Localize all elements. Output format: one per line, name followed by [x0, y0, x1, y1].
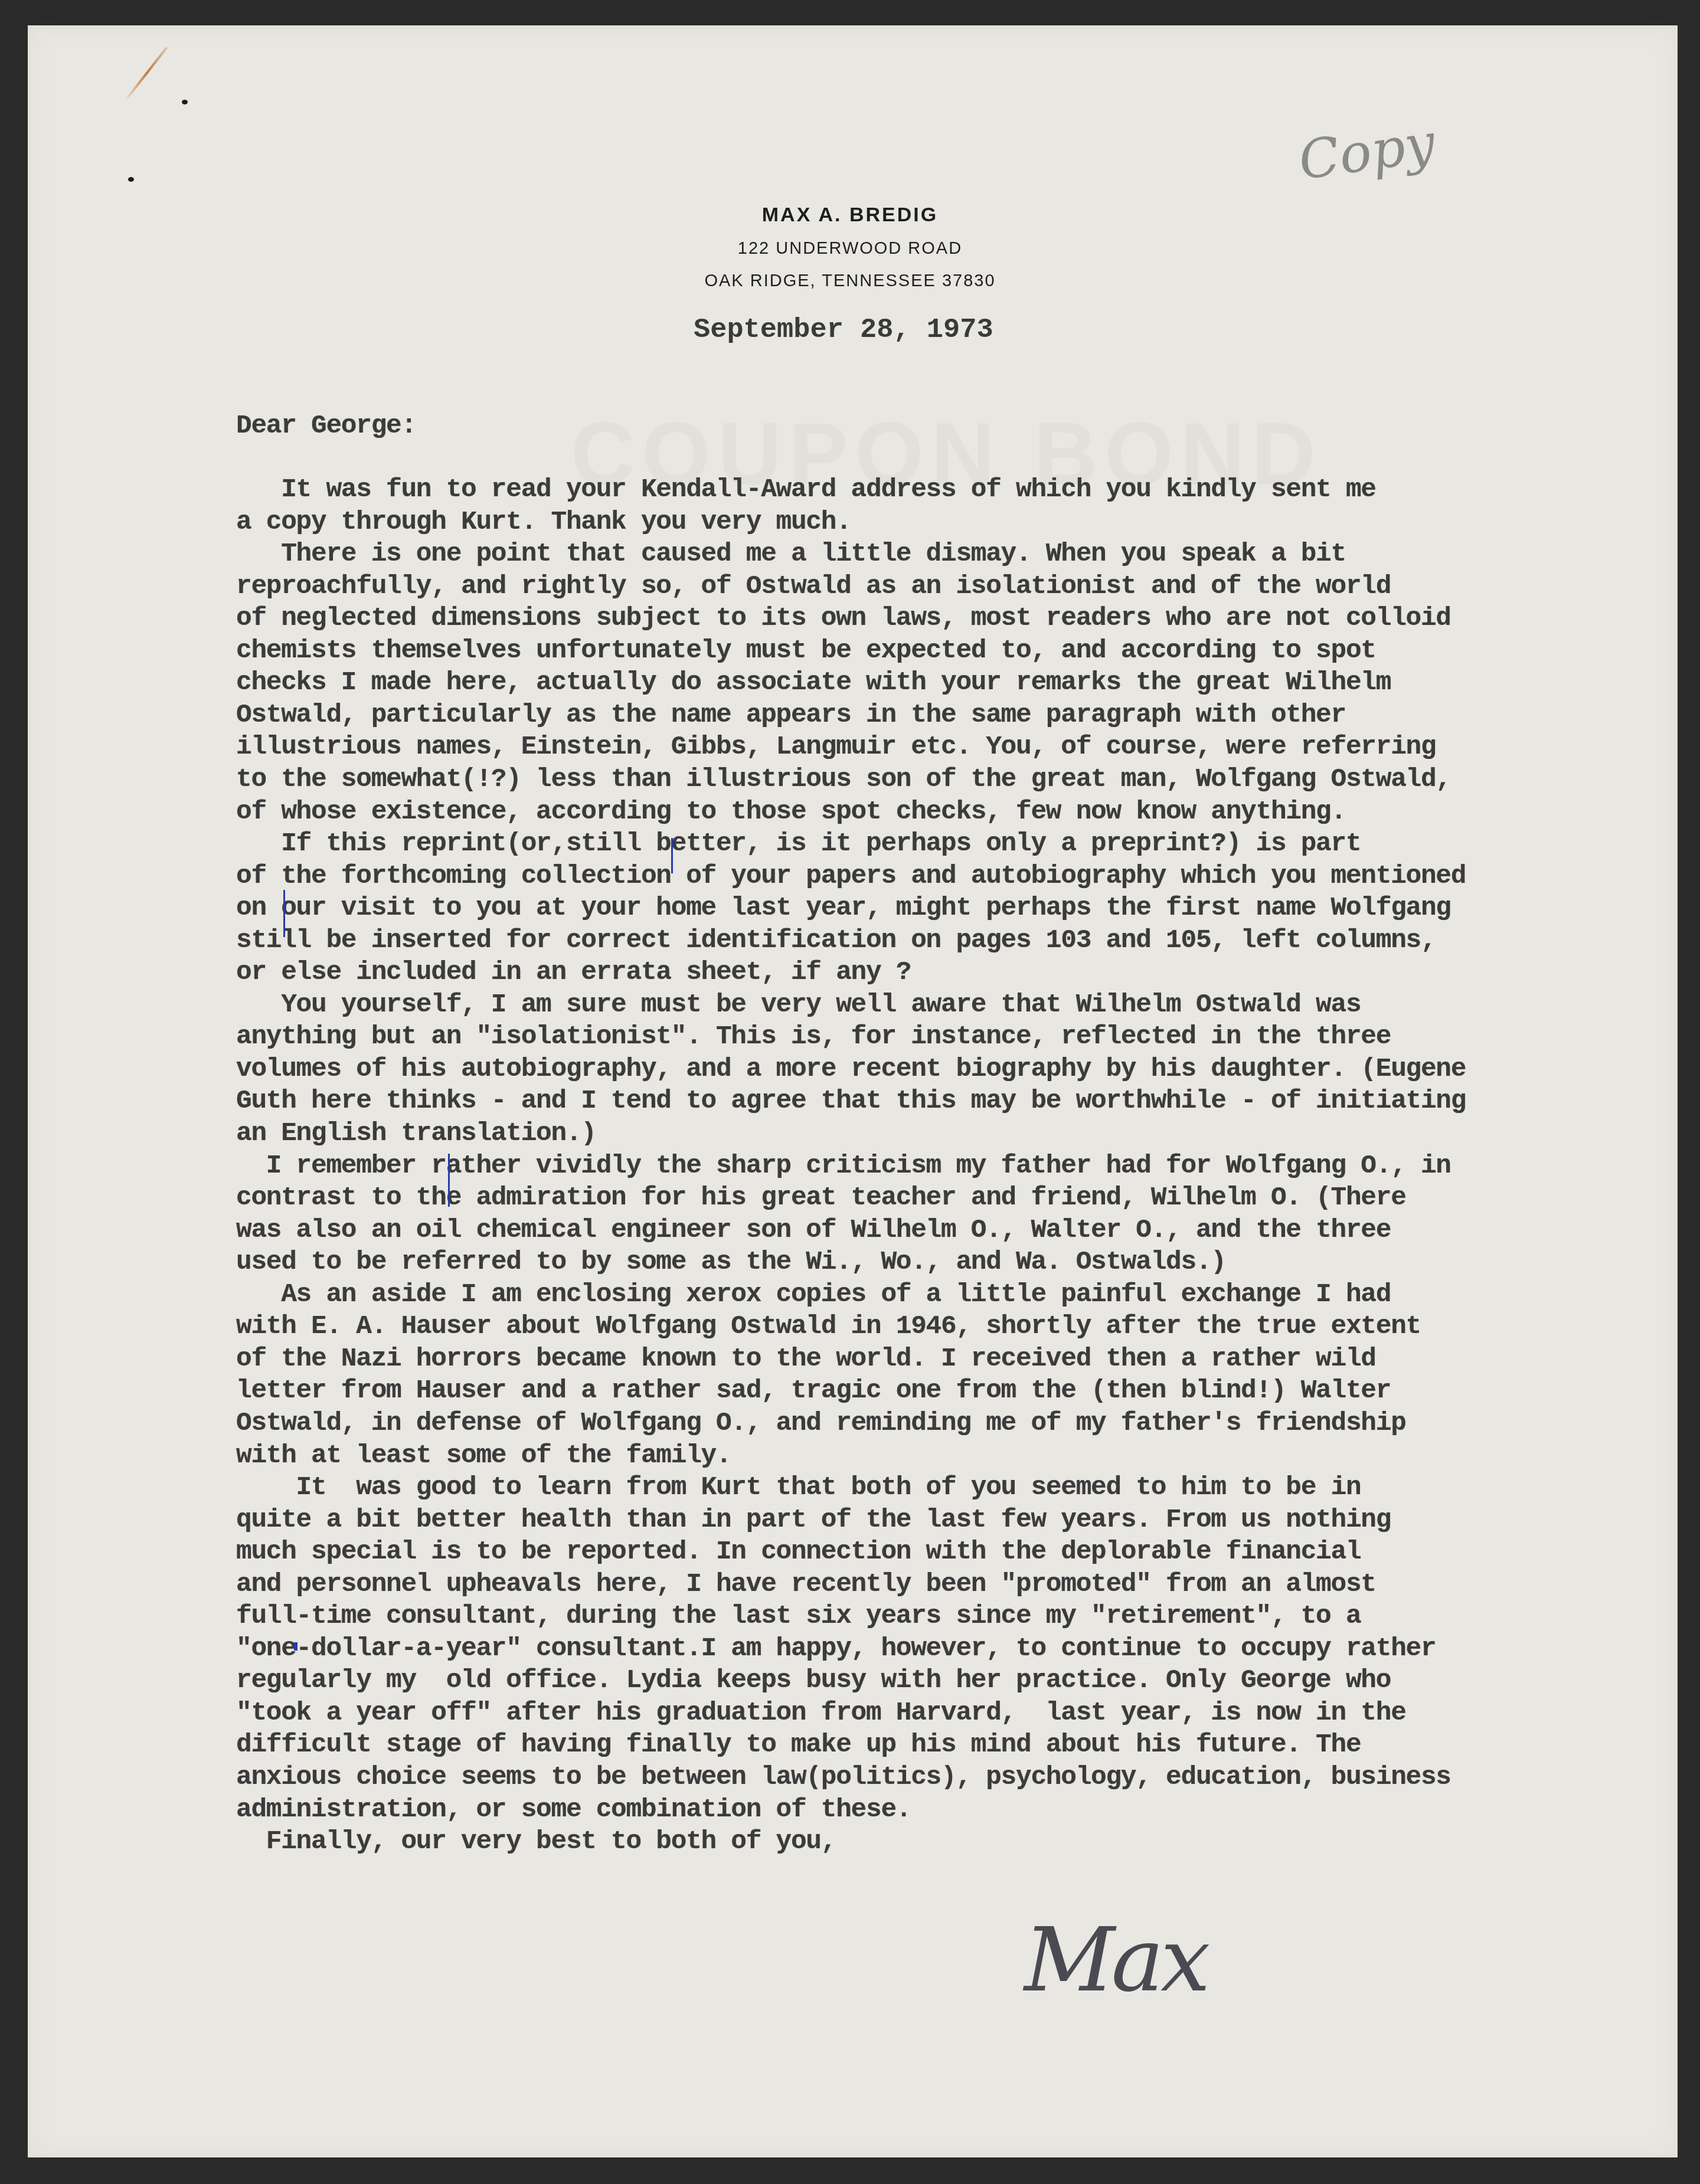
body-line: reproachfully, and rightly so, of Ostwal…: [236, 574, 1391, 600]
body-line: a copy through Kurt. Thank you very much…: [236, 509, 851, 536]
body-line: much special is to be reported. In conne…: [236, 1539, 1361, 1566]
body-line: with at least some of the family.: [236, 1443, 731, 1469]
body-line: with E. A. Hauser about Wolfgang Ostwald…: [236, 1314, 1421, 1340]
body-line: regularly my old office. Lydia keeps bus…: [236, 1668, 1391, 1694]
body-line: contrast to the admiration for his great…: [236, 1185, 1406, 1211]
body-line: was also an oil chemical engineer son of…: [236, 1217, 1391, 1244]
body-line: If this reprint(or,still better, is it p…: [236, 831, 1361, 857]
body-line: difficult stage of having finally to mak…: [236, 1732, 1361, 1759]
body-line: of the Nazi horrors became known to the …: [236, 1346, 1376, 1373]
body-line: and personnel upheavals here, I have rec…: [236, 1571, 1376, 1598]
blue-insertion-mark: [448, 1154, 450, 1207]
body-line: I remember rather vividly the sharp crit…: [236, 1153, 1451, 1180]
body-line: checks I made here, actually do associat…: [236, 670, 1391, 696]
letter-date: September 28, 1973: [694, 315, 993, 346]
staple-hole-bottom: [128, 177, 134, 182]
salutation: Dear George:: [236, 413, 416, 440]
handwritten-signature: Max: [1024, 1909, 1207, 2012]
blue-insertion-mark: [283, 890, 285, 937]
body-line: an English translation.): [236, 1121, 596, 1147]
body-line: of the forthcoming collection of your pa…: [236, 863, 1466, 890]
body-line: You yourself, I am sure must be very wel…: [236, 992, 1361, 1019]
body-line: Guth here thinks - and I tend to agree t…: [236, 1088, 1466, 1115]
body-line: or else included in an errata sheet, if …: [236, 960, 911, 986]
body-line: to the somewhat(!?) less than illustriou…: [236, 767, 1451, 793]
letterhead-name: MAX A. BREDIG: [0, 204, 1700, 227]
letterhead-address-street: 122 UNDERWOOD ROAD: [0, 239, 1700, 258]
body-line: volumes of his autobiography, and a more…: [236, 1056, 1466, 1083]
body-line: As an aside I am enclosing xerox copies …: [236, 1282, 1391, 1308]
blue-insertion-mark: [294, 1642, 297, 1651]
body-line: still be inserted for correct identifica…: [236, 928, 1436, 954]
body-line: letter from Hauser and a rather sad, tra…: [236, 1378, 1391, 1404]
body-line: used to be referred to by some as the Wi…: [236, 1249, 1226, 1276]
body-line: of whose existence, according to those s…: [236, 799, 1346, 826]
body-line: "one-dollar-a-year" consultant.I am happ…: [236, 1636, 1436, 1662]
body-line: quite a bit better health than in part o…: [236, 1507, 1391, 1534]
body-line: full-time consultant, during the last si…: [236, 1603, 1361, 1630]
body-line: Finally, our very best to both of you,: [236, 1829, 836, 1855]
body-line: Ostwald, particularly as the name appear…: [236, 702, 1346, 729]
body-line: There is one point that caused me a litt…: [236, 541, 1346, 568]
blue-insertion-mark: [671, 838, 673, 873]
body-line: "took a year off" after his graduation f…: [236, 1700, 1406, 1727]
staple-hole-top: [182, 100, 188, 104]
body-line: Ostwald, in defense of Wolfgang O., and …: [236, 1410, 1406, 1437]
body-line: on our visit to you at your home last ye…: [236, 895, 1451, 922]
body-line: It was good to learn from Kurt that both…: [236, 1475, 1361, 1501]
letterhead-address-city: OAK RIDGE, TENNESSEE 37830: [0, 271, 1700, 291]
body-line: of neglected dimensions subject to its o…: [236, 605, 1451, 632]
body-line: It was fun to read your Kendall-Award ad…: [236, 477, 1376, 503]
body-line: chemists themselves unfortunately must b…: [236, 638, 1376, 664]
body-line: anxious choice seems to be between law(p…: [236, 1764, 1451, 1791]
body-line: illustrious names, Einstein, Gibbs, Lang…: [236, 734, 1436, 761]
body-line: administration, or some combination of t…: [236, 1797, 911, 1823]
body-line: anything but an "isolationist". This is,…: [236, 1024, 1391, 1050]
